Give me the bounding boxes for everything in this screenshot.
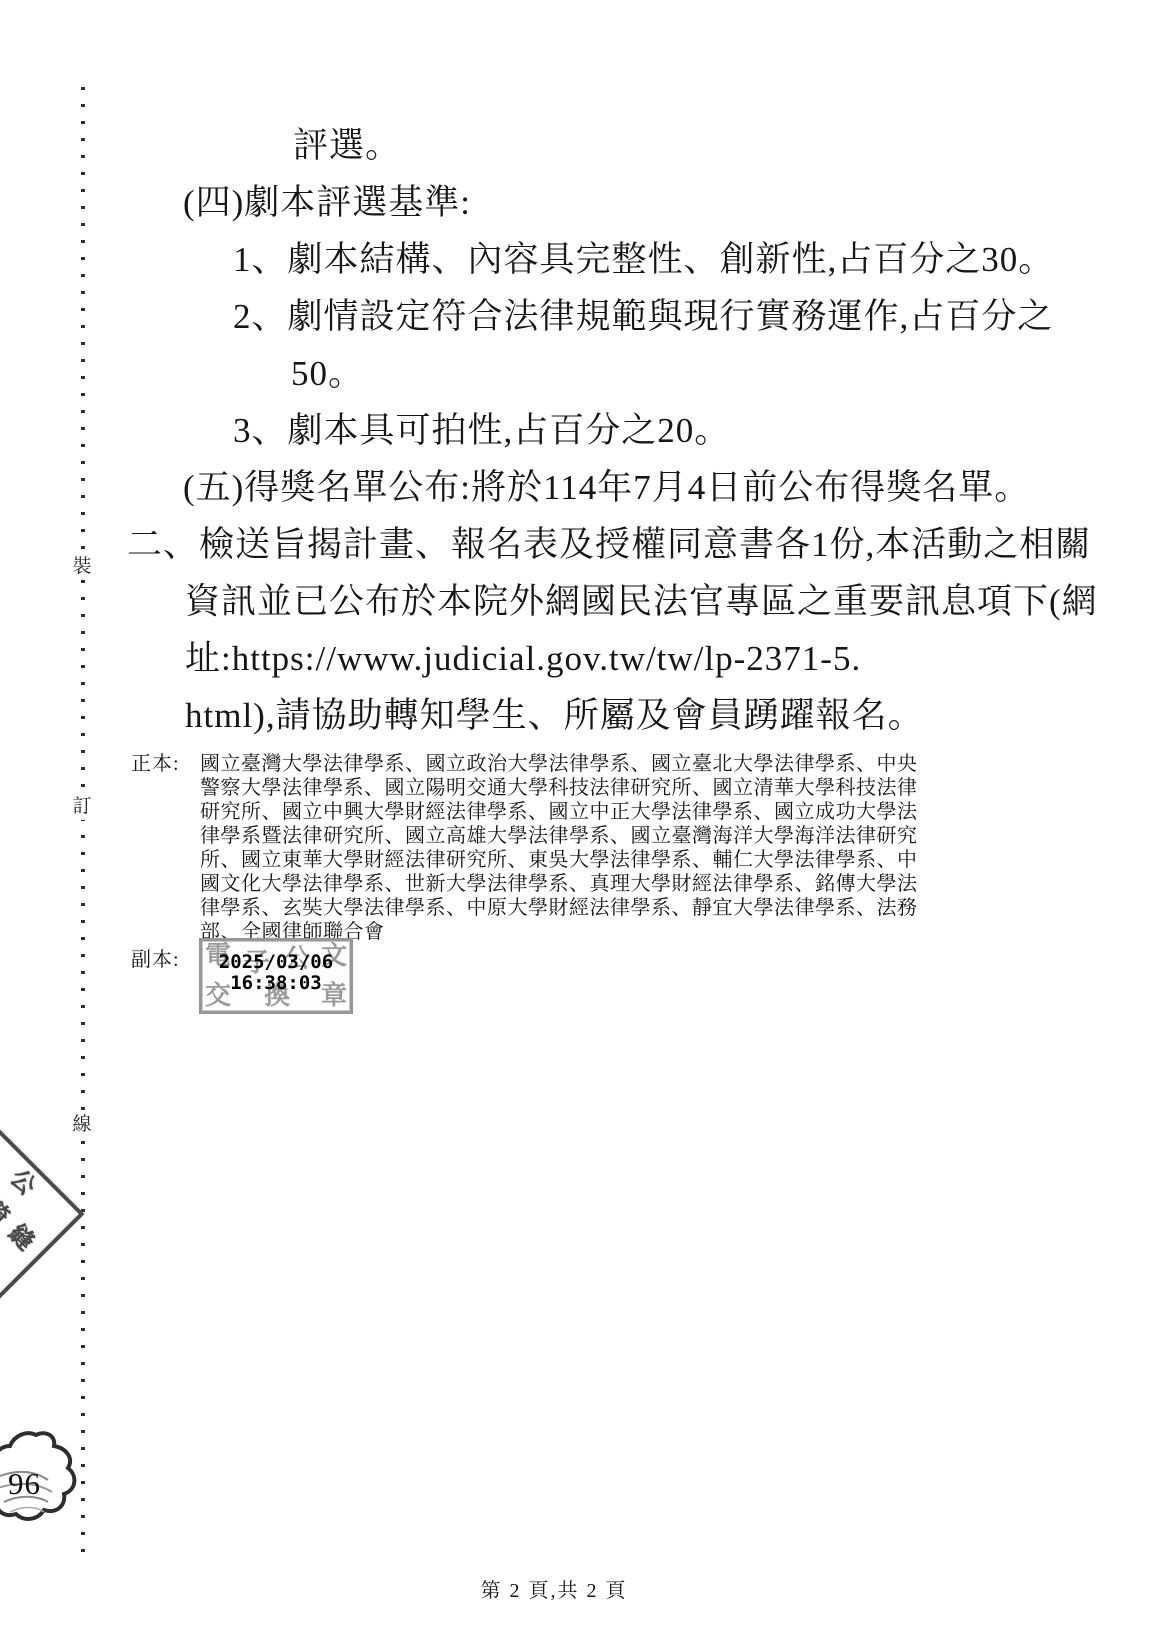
seam-seal: 公 文 騎 縫 章 [0, 1123, 85, 1304]
seal-char: 騎 [0, 1196, 12, 1230]
electronic-exchange-stamp: 電 子 公 文 交 換 章 2025/03/06 16:38:03 [199, 938, 353, 1014]
recipient-line: 研究所、國立中興大學財經法律學系、國立中正大學法律學系、國立成功大學法 [200, 800, 920, 824]
recipient-line: 律學系、玄奘大學法律學系、中原大學財經法律學系、靜宜大學法律學系、法務 [200, 896, 920, 920]
margin-mark-binding: 裝 [70, 554, 94, 580]
exchange-stamp-date: 2025/03/06 [202, 951, 350, 973]
body-line-3: 1、劇本結構、內容具完整性、創新性,占百分之30。 [233, 239, 1054, 281]
body-line-7: (五)得獎名單公布:將於114年7月4日前公布得獎名單。 [183, 467, 1030, 509]
body-line-5: 50。 [291, 353, 364, 395]
carbon-copy-label: 副本: [131, 948, 180, 972]
seal-char: 縫 [4, 1221, 38, 1255]
document-page: 裝 訂 線 評選。 (四)劇本評選基準: 1、劇本結構、內容具完整性、創新性,占… [0, 0, 1158, 1649]
body-line-10: 址:https://www.judicial.gov.tw/tw/lp-2371… [185, 638, 861, 680]
recipient-line: 所、國立東華大學財經法律研究所、東吳大學法律學系、輔仁大學法律學系、中 [200, 848, 920, 872]
margin-mark-thread: 線 [70, 1112, 94, 1138]
body-line-6: 3、劇本具可拍性,占百分之20。 [233, 410, 730, 452]
body-line-8: 二、檢送旨揭計畫、報名表及授權同意書各1份,本活動之相關 [127, 524, 1091, 566]
body-line-2: (四)劇本評選基準: [183, 182, 471, 224]
margin-mark-staple: 訂 [70, 794, 94, 820]
original-copy-label: 正本: [131, 752, 180, 776]
original-recipient-list: 國立臺灣大學法律學系、國立政治大學法律學系、國立臺北大學法律學系、中央 警察大學… [200, 752, 920, 944]
round-seal-number: 96 [8, 1466, 41, 1502]
numbered-round-seal: 96 [0, 1428, 86, 1528]
body-line-11: html),請協助轉知學生、所屬及會員踴躍報名。 [185, 695, 924, 737]
body-line-9: 資訊並已公布於本院外網國民法官專區之重要訊息項下(網 [185, 581, 1098, 623]
seal-char: 公 [5, 1166, 39, 1200]
exchange-stamp-time: 16:38:03 [202, 972, 350, 994]
recipient-line: 國立臺灣大學法律學系、國立政治大學法律學系、國立臺北大學法律學系、中央 [200, 752, 920, 776]
body-line-1: 評選。 [293, 125, 401, 167]
recipient-line: 律學系暨法律研究所、國立高雄大學法律學系、國立臺灣海洋大學海洋法律研究 [200, 824, 920, 848]
recipient-line: 國文化大學法律學系、世新大學法律學系、真理大學財經法律學系、銘傳大學法 [200, 872, 920, 896]
binding-dotted-line [81, 87, 85, 1566]
page-footer: 第 2 頁,共 2 頁 [0, 1574, 1108, 1603]
body-line-4: 2、劇情設定符合法律規範與現行實務運作,占百分之 [233, 296, 1053, 338]
recipient-line: 警察大學法律學系、國立陽明交通大學科技法律研究所、國立清華大學科技法律 [200, 776, 920, 800]
